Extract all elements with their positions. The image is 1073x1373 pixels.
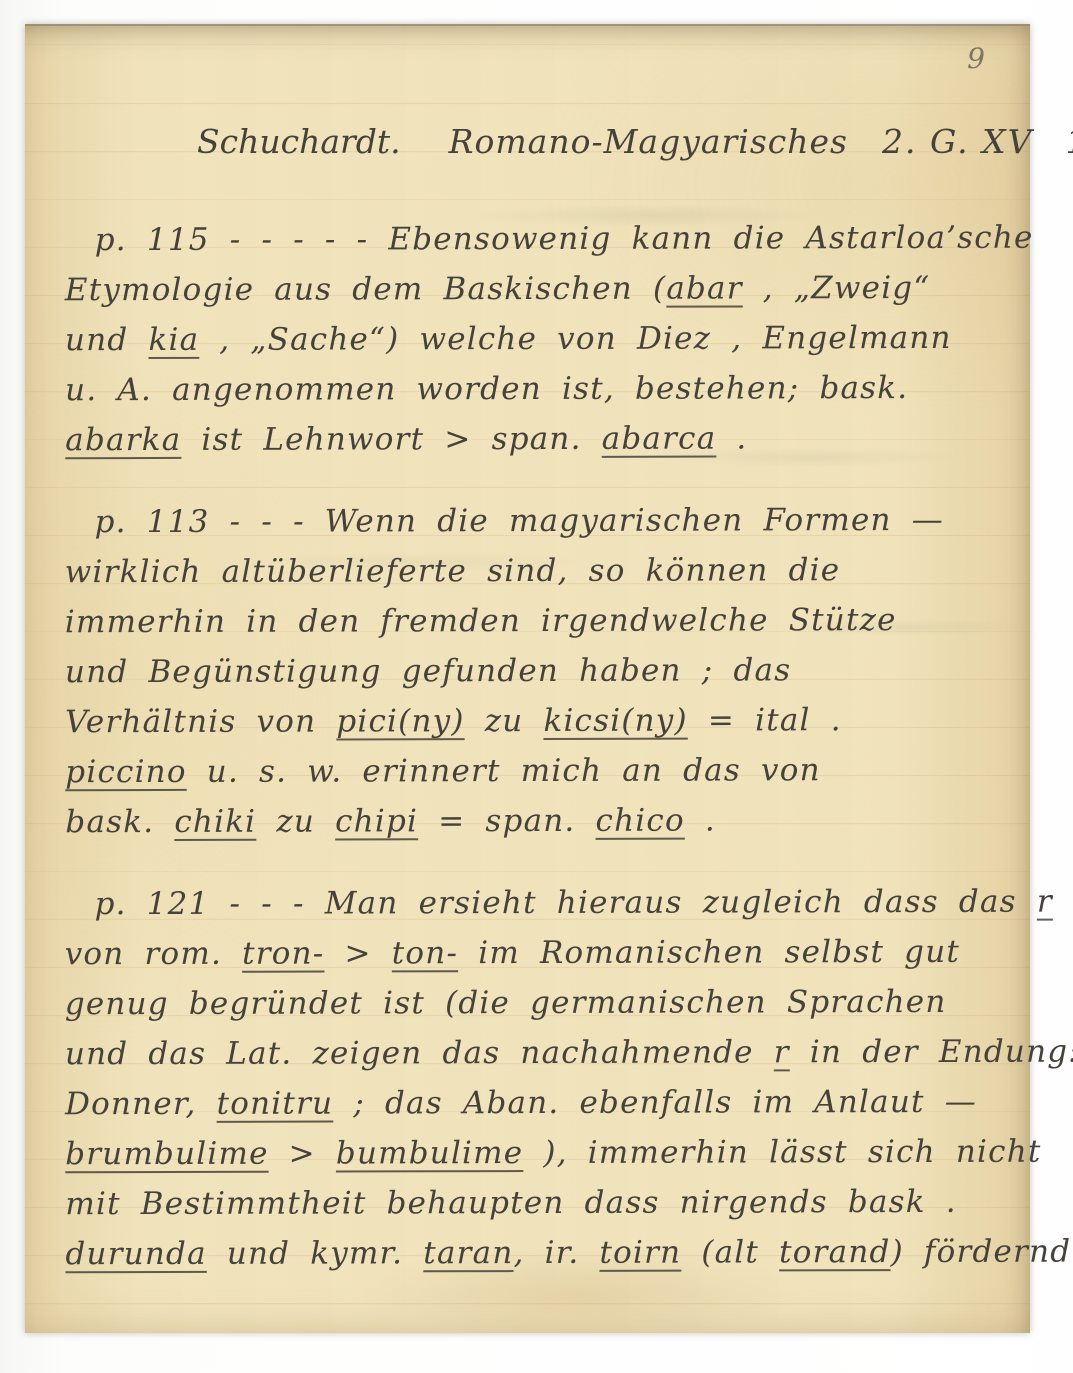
manuscript-line: brumbulime > bumbulime ), immerhin lässt… (65, 1127, 1004, 1179)
manuscript-paragraph: p. 121 - - - Man ersieht hieraus zugleic… (64, 877, 1004, 1279)
underlined-term: tonitru (217, 1086, 334, 1122)
underlined-term: chipi (335, 803, 418, 839)
underlined-term: tron- (242, 936, 324, 972)
text-segment: im Romanischen selbst gut (458, 934, 960, 971)
underlined-term: kia (148, 322, 199, 358)
text-segment: Donner, (65, 1086, 217, 1122)
text-segment: p. 115 - - - - - Ebensowenig kann die As… (95, 220, 1034, 258)
manuscript-line: genug begründet ist (die germanischen Sp… (65, 977, 1004, 1029)
underlined-term: ton- (392, 935, 458, 971)
text-segment: und (65, 322, 149, 358)
text-segment: zu (465, 703, 544, 739)
underlined-term: pici(ny) (336, 703, 464, 739)
manuscript-line: Etymologie aus dem Baskischen (abar , „Z… (65, 263, 1004, 315)
underlined-term: r (1037, 884, 1053, 920)
manuscript-line: Verhältnis von pici(ny) zu kicsi(ny) = i… (65, 695, 1004, 747)
manuscript-line: und kia , „Sache“) welche von Diez , Eng… (65, 313, 1004, 365)
underlined-term: chiki (174, 804, 256, 840)
underlined-term: toirn (599, 1235, 681, 1271)
manuscript-paragraph: p. 115 - - - - - Ebensowenig kann die As… (65, 213, 1005, 465)
manuscript-line: p. 115 - - - - - Ebensowenig kann die As… (65, 213, 1004, 265)
manuscript-line: u. A. angenommen worden ist, bestehen; b… (65, 363, 1004, 415)
text-segment: und das Lat. zeigen das nachahmende (65, 1034, 774, 1072)
underlined-term: abarca (602, 421, 717, 457)
underlined-term: kicsi(ny) (543, 703, 687, 739)
text-segment: Verhältnis von (65, 704, 336, 741)
text-segment: wirklich altüberlieferte sind, so können… (65, 552, 841, 590)
text-segment: , „Zweig“ (743, 270, 931, 306)
manuscript-line: abarka ist Lehnwort > span. abarca . (65, 413, 1004, 465)
manuscript-line: und Begünstigung gefunden haben ; das (65, 645, 1004, 697)
manuscript-line: Donner, tonitru ; das Aban. ebenfalls im… (65, 1077, 1004, 1129)
text-segment: = ital . (688, 702, 842, 738)
text-segment: in der Endung: (790, 1034, 1073, 1071)
text-segment: > (324, 935, 391, 971)
text-segment: zu (256, 804, 335, 840)
underlined-term: durunda (65, 1236, 206, 1272)
text-segment: p. 113 - - - Wenn die magyarischen Forme… (95, 502, 944, 540)
text-segment: , ir. (513, 1235, 599, 1271)
manuscript-line: piccino u. s. w. erinnert mich an das vo… (65, 745, 1004, 797)
manuscript-line: von rom. tron- > ton- im Romanischen sel… (65, 927, 1004, 979)
manuscript-line: durunda und kymr. taran, ir. toirn (alt … (65, 1227, 1004, 1279)
manuscript-header: Schuchardt. Romano-Magyarisches 2. G. XV… (197, 122, 1030, 170)
underlined-term: torand (779, 1234, 891, 1270)
text-segment: ist Lehnwort > span. (181, 421, 601, 458)
underlined-term: piccino (65, 754, 187, 790)
text-segment: genug begründet ist (die germanischen Sp… (65, 984, 947, 1022)
text-segment: > (269, 1136, 336, 1172)
text-segment: immerhin in den fremden irgendwelche Stü… (65, 602, 897, 640)
manuscript-line: immerhin in den fremden irgendwelche Stü… (65, 595, 1004, 647)
text-segment: ) fördernd (891, 1234, 1072, 1270)
header-reference: 2. G. XV (882, 122, 1033, 161)
underlined-term: abar (666, 270, 743, 306)
text-segment: mit Bestimmtheit behaupten dass nirgends… (65, 1184, 957, 1222)
header-year: 1891 (1065, 122, 1073, 161)
text-segment: und kymr. (207, 1235, 424, 1272)
manuscript-body: p. 115 - - - - - Ebensowenig kann die As… (65, 214, 1004, 1278)
text-segment: ; das Aban. ebenfalls im Anlaut — (333, 1084, 977, 1122)
underlined-term: r (774, 1034, 790, 1070)
underlined-term: chico (595, 803, 684, 839)
underlined-term: bumbulime (336, 1135, 523, 1171)
underlined-term: brumbulime (65, 1136, 268, 1173)
manuscript-paragraph: p. 113 - - - Wenn die magyarischen Forme… (65, 495, 1005, 847)
text-segment: Etymologie aus dem Baskischen ( (65, 271, 667, 309)
manuscript-line: bask. chiki zu chipi = span. chico . (65, 795, 1004, 847)
text-segment: , „Sache“) welche von Diez , Engelmann (199, 320, 952, 358)
scan-background: 9 Schuchardt. Romano-Magyarisches 2. G. … (0, 0, 1073, 1373)
text-segment: u. A. angenommen worden ist, bestehen; b… (65, 370, 908, 408)
text-segment: (alt (681, 1234, 779, 1270)
header-title: Romano-Magyarisches (449, 122, 848, 161)
text-segment: u. s. w. erinnert mich an das von (187, 752, 821, 790)
text-segment: ), immerhin lässt sich nicht (523, 1134, 1041, 1171)
manuscript-line: wirklich altüberlieferte sind, so können… (65, 545, 1004, 597)
underlined-term: abarka (65, 422, 181, 458)
manuscript-line: p. 121 - - - Man ersieht hieraus zugleic… (64, 877, 1003, 929)
header-author: Schuchardt. (197, 122, 401, 161)
manuscript-page: 9 Schuchardt. Romano-Magyarisches 2. G. … (25, 24, 1030, 1333)
manuscript-line: und das Lat. zeigen das nachahmende r in… (65, 1027, 1004, 1079)
text-segment: bask. (65, 804, 174, 840)
manuscript-line: p. 113 - - - Wenn die magyarischen Forme… (65, 495, 1004, 547)
text-segment: p. 121 - - - Man ersieht hieraus zugleic… (94, 884, 1036, 922)
text-segment: . (716, 420, 747, 456)
text-segment: und Begünstigung gefunden haben ; das (65, 652, 791, 690)
manuscript-line: mit Bestimmtheit behaupten dass nirgends… (65, 1177, 1004, 1229)
text-segment: = span. (418, 803, 595, 839)
underlined-term: taran (423, 1235, 513, 1271)
text-segment: . (685, 803, 716, 839)
page-number: 9 (967, 42, 986, 75)
text-segment: von rom. (65, 936, 242, 972)
